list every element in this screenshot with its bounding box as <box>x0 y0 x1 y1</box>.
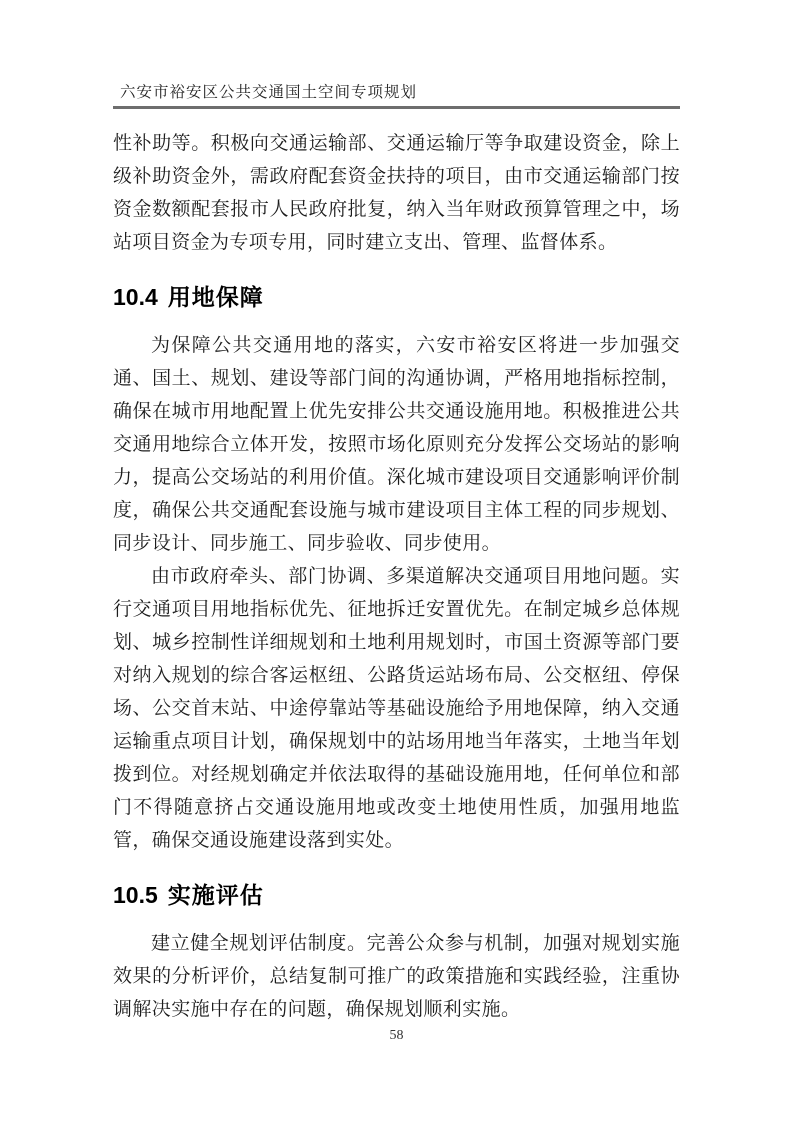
section-number: 10.5 <box>113 882 158 908</box>
section-number: 10.4 <box>113 284 158 310</box>
document-body: 性补助等。积极向交通运输部、交通运输厅等争取建设资金，除上级补助资金外，需政府配… <box>113 127 680 1026</box>
section-title: 实施评估 <box>168 882 264 908</box>
page-header: 六安市裕安区公共交通国土空间专项规划 <box>113 80 680 109</box>
header-title: 六安市裕安区公共交通国土空间专项规划 <box>113 80 680 102</box>
paragraph: 为保障公共交通用地的落实，六安市裕安区将进一步加强交通、国土、规划、建设等部门间… <box>113 329 680 560</box>
section-title: 用地保障 <box>168 284 264 310</box>
paragraph: 由市政府牵头、部门协调、多渠道解决交通项目用地问题。实行交通项目用地指标优先、征… <box>113 560 680 857</box>
section-heading-10-4: 10.4用地保障 <box>113 283 680 311</box>
document-page: 六安市裕安区公共交通国土空间专项规划 性补助等。积极向交通运输部、交通运输厅等争… <box>0 0 793 1122</box>
paragraph: 建立健全规划评估制度。完善公众参与机制，加强对规划实施效果的分析评价，总结复制可… <box>113 927 680 1026</box>
page-footer: 58 <box>0 1026 793 1044</box>
continuation-paragraph: 性补助等。积极向交通运输部、交通运输厅等争取建设资金，除上级补助资金外，需政府配… <box>113 127 680 259</box>
section-heading-10-5: 10.5实施评估 <box>113 881 680 909</box>
page-number: 58 <box>390 1028 404 1043</box>
